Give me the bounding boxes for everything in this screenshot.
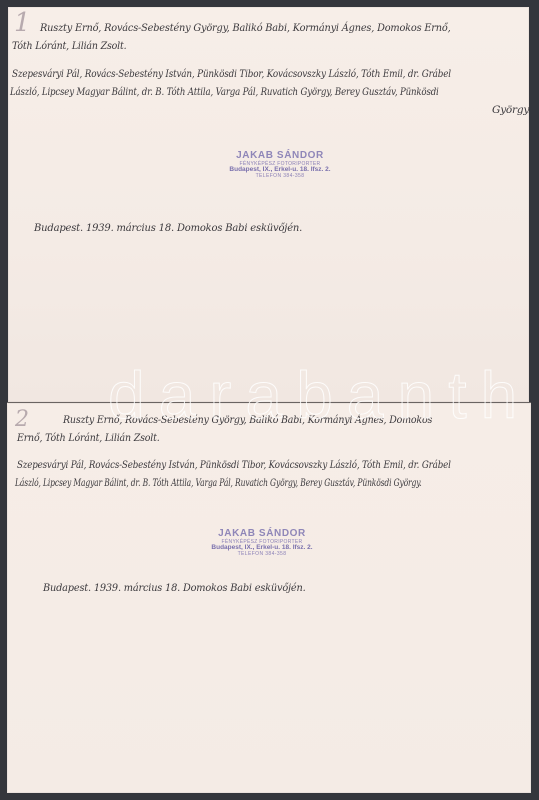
- stamp-name: JAKAB SÁNDOR: [200, 529, 324, 540]
- names-line: Ernő, Tóth Lóránt, Lilián Zsolt.: [17, 431, 160, 446]
- names-line: Szepesváryi Pál, Rovács-Sebestény István…: [17, 458, 451, 473]
- pencil-numeral: 2: [15, 409, 29, 431]
- stamp-name: JAKAB SÁNDOR: [220, 151, 340, 162]
- stamp-phone: TELEFON 384-358: [200, 552, 324, 557]
- names-line: László, Lipcsey Magyar Bálint, dr. B. Tó…: [10, 85, 439, 100]
- scan-canvas: 1 Ruszty Ernő, Rovács-Sebestény György, …: [0, 0, 539, 800]
- photographer-stamp: JAKAB SÁNDOR FÉNYKÉPÉSZ FOTORIPORTER Bud…: [220, 151, 340, 179]
- names-line: Ruszty Ernő, Rovács-Sebestény György, Ba…: [40, 21, 450, 36]
- pencil-numeral: 1: [14, 10, 31, 36]
- names-line: Ruszty Ernő, Rovács-Sebestény György, Ba…: [63, 413, 432, 428]
- photo-back-sheet-2: 2 Ruszty Ernő, Rovács-Sebestény György, …: [7, 402, 531, 793]
- names-line: Szepesváryi Pál, Rovács-Sebestény István…: [12, 67, 451, 82]
- caption: Budapest. 1939. március 18. Domokos Babi…: [34, 221, 302, 236]
- caption: Budapest. 1939. március 18. Domokos Babi…: [43, 581, 305, 596]
- names-line: György.: [492, 103, 531, 118]
- photo-back-sheet-1: 1 Ruszty Ernő, Rovács-Sebestény György, …: [8, 7, 529, 402]
- photographer-stamp: JAKAB SÁNDOR FÉNYKÉPÉSZ FOTORIPORTER Bud…: [200, 529, 324, 557]
- stamp-phone: TELEFON 384-358: [220, 174, 340, 179]
- names-line: László, Lipcsey Magyar Bálint, dr. B. Tó…: [15, 476, 422, 491]
- names-line: Tóth Lóránt, Lilián Zsolt.: [12, 39, 126, 54]
